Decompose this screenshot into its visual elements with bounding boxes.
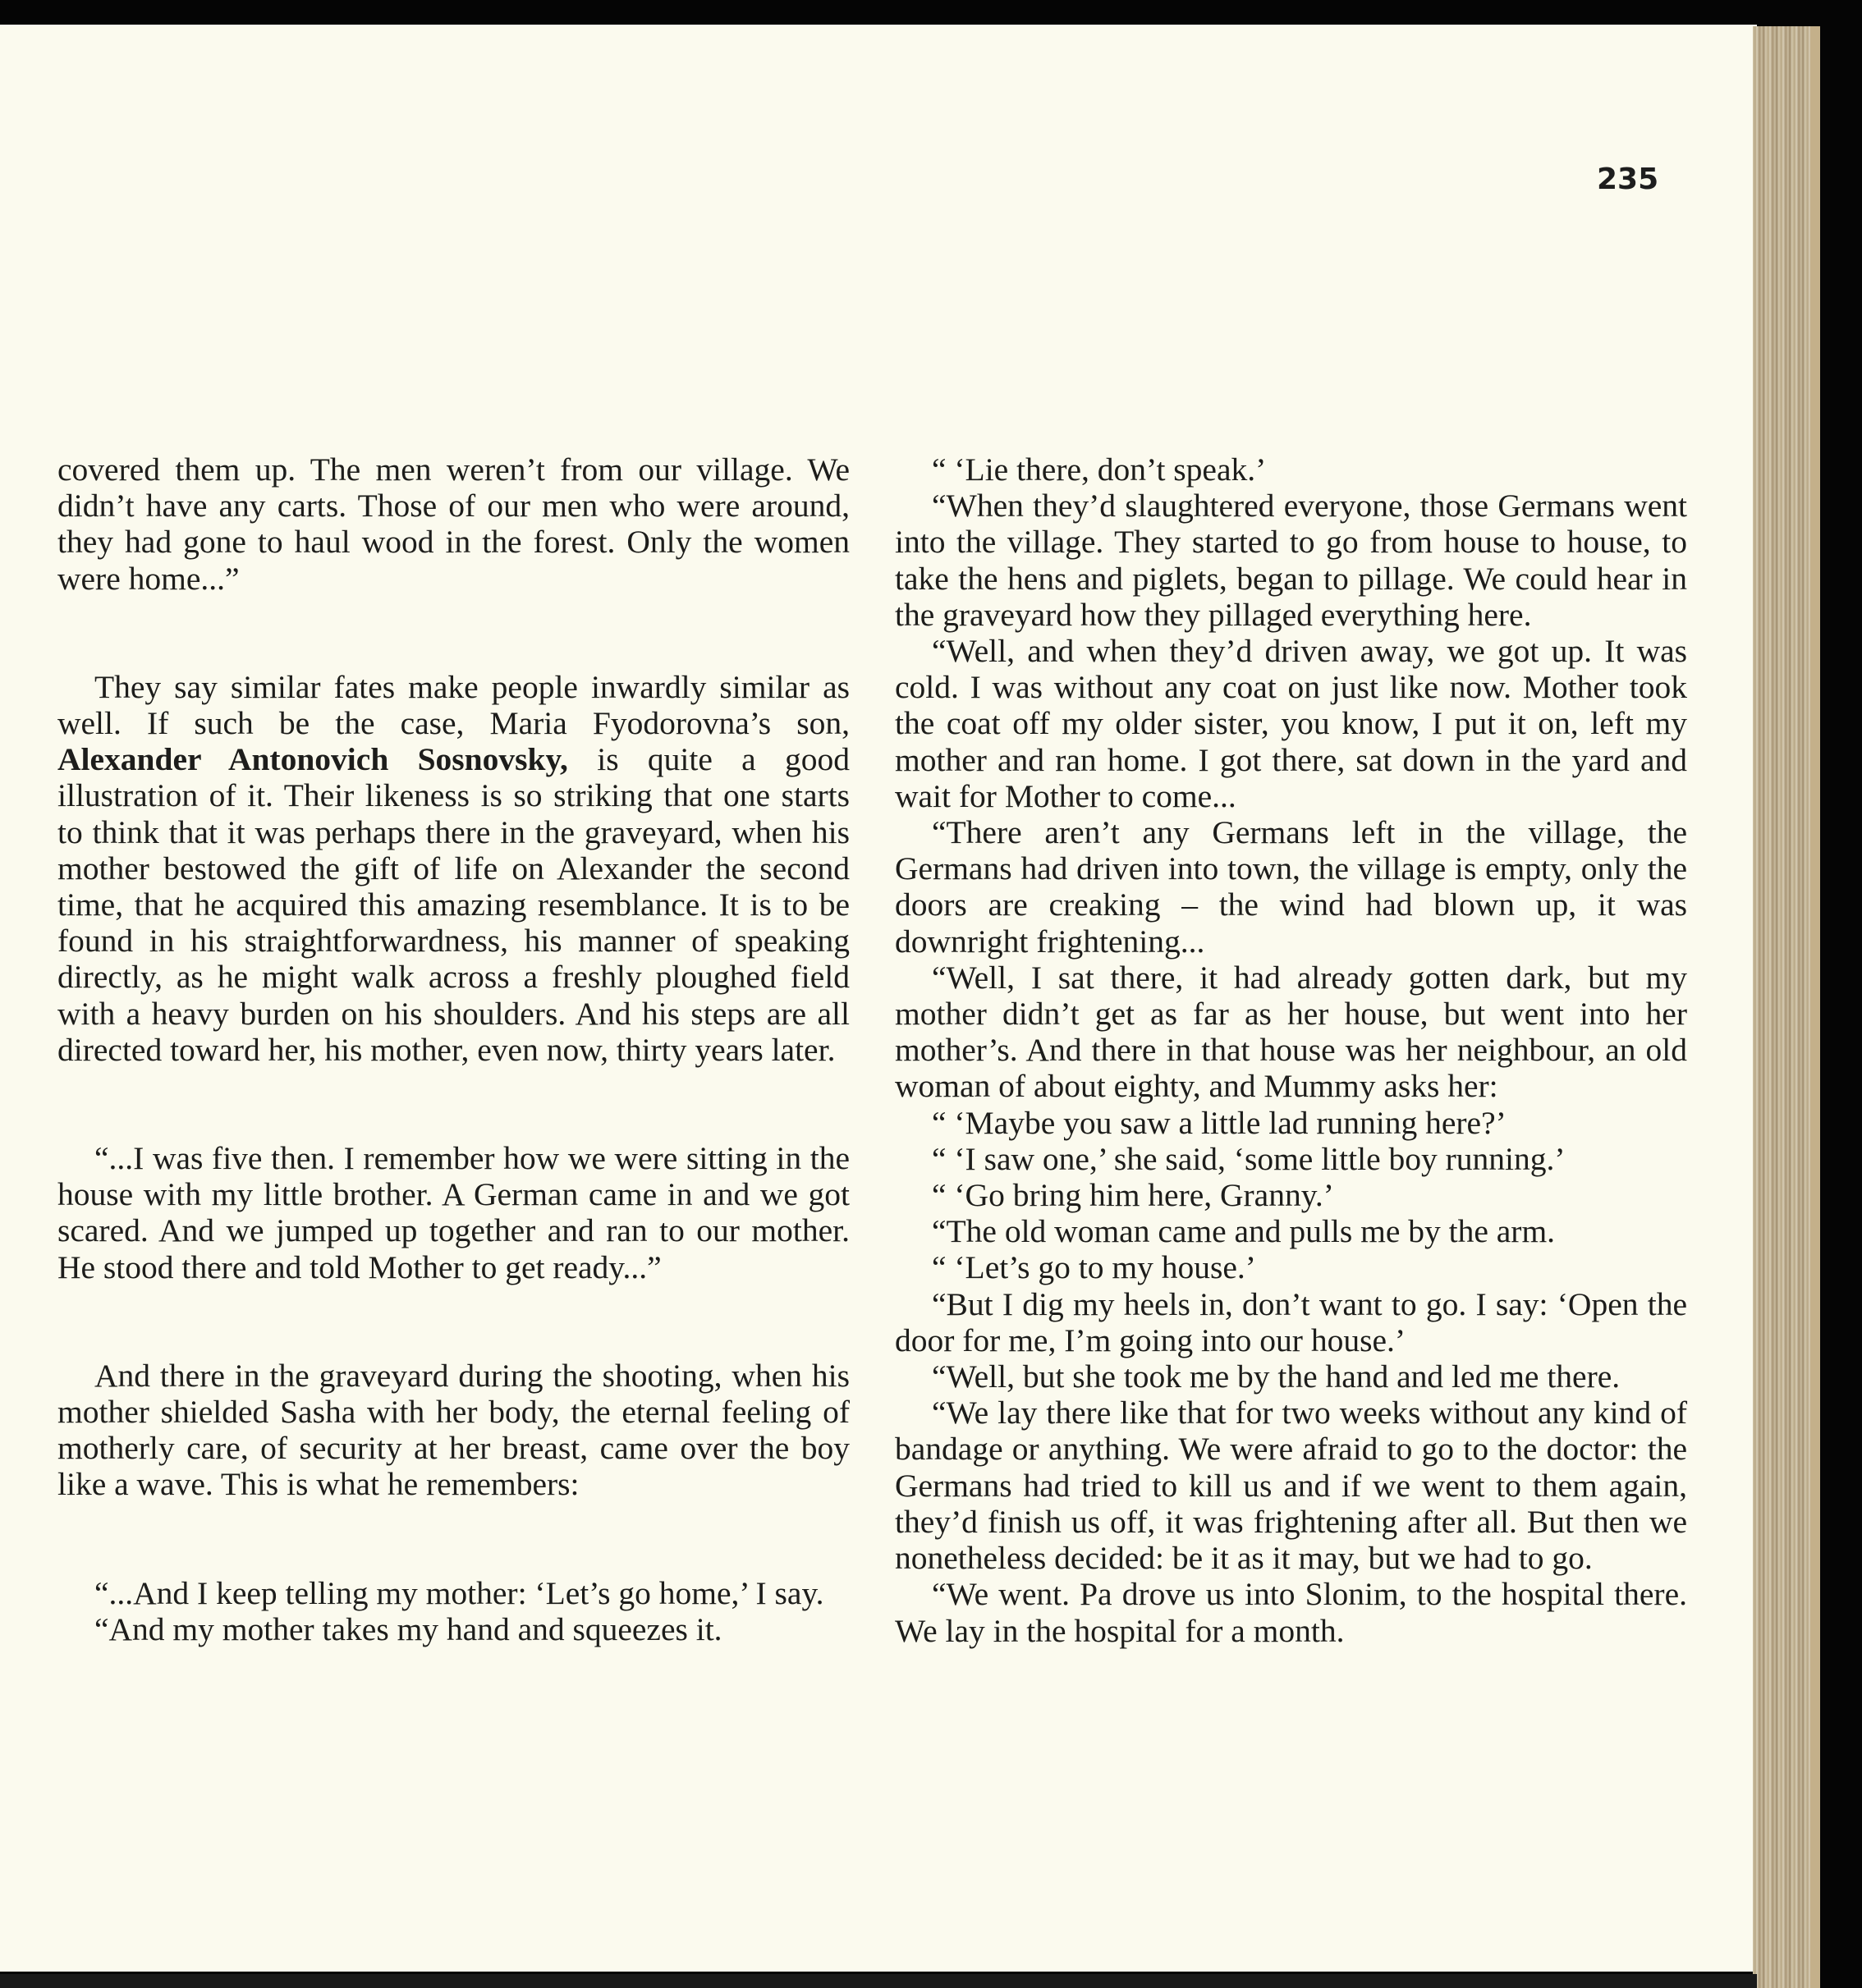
page-stack-edge: [1753, 26, 1820, 1988]
paragraph: “ ‘Go bring him here, Granny.’: [895, 1177, 1687, 1213]
paragraph: “Well, I sat there, it had already gotte…: [895, 960, 1687, 1105]
paragraph: “ ‘Lie there, don’t speak.’: [895, 451, 1687, 488]
paragraph: “We went. Pa drove us into Slonim, to th…: [895, 1576, 1687, 1648]
paragraph: “There aren’t any Germans left in the vi…: [895, 814, 1687, 960]
paragraph: “...I was five then. I remember how we w…: [57, 1140, 850, 1285]
paragraph: “The old woman came and pulls me by the …: [895, 1213, 1687, 1249]
paragraph: “Well, but she took me by the hand and l…: [895, 1358, 1687, 1395]
paragraph: “We lay there like that for two weeks wi…: [895, 1395, 1687, 1576]
paragraph: “But I dig my heels in, don’t want to go…: [895, 1286, 1687, 1358]
paragraph: “And my mother takes my hand and squeeze…: [57, 1611, 850, 1647]
left-column: covered them up. The men weren’t from ou…: [57, 451, 850, 1647]
paragraph-text: is quite a good illustration of it. Thei…: [57, 741, 850, 1068]
paragraph: “...And I keep telling my mother: ‘Let’s…: [57, 1575, 850, 1611]
paragraph: “Well, and when they’d driven away, we g…: [895, 633, 1687, 814]
person-name: Alexander Antonovich Sosnovs­ky,: [57, 741, 568, 777]
paragraph-text: They say similar fates make people inwar…: [57, 669, 850, 741]
paragraph: They say similar fates make people inwar…: [57, 669, 850, 1068]
bottom-shadow-band: [0, 1974, 1757, 1988]
paragraph: And there in the graveyard during the sh…: [57, 1358, 850, 1503]
page-number: 235: [1597, 163, 1658, 196]
paragraph: covered them up. The men weren’t from ou…: [57, 451, 850, 597]
paragraph: “ ‘I saw one,’ she said, ‘some little bo…: [895, 1141, 1687, 1177]
right-column: “ ‘Lie there, don’t speak.’ “When they’d…: [895, 451, 1687, 1649]
paragraph: “ ‘Let’s go to my house.’: [895, 1249, 1687, 1285]
paragraph: “ ‘Maybe you saw a little lad running he…: [895, 1105, 1687, 1141]
paragraph: “When they’d slaughtered everyone, those…: [895, 488, 1687, 633]
book-page: 235 covered them up. The men weren’t fro…: [0, 25, 1757, 1972]
